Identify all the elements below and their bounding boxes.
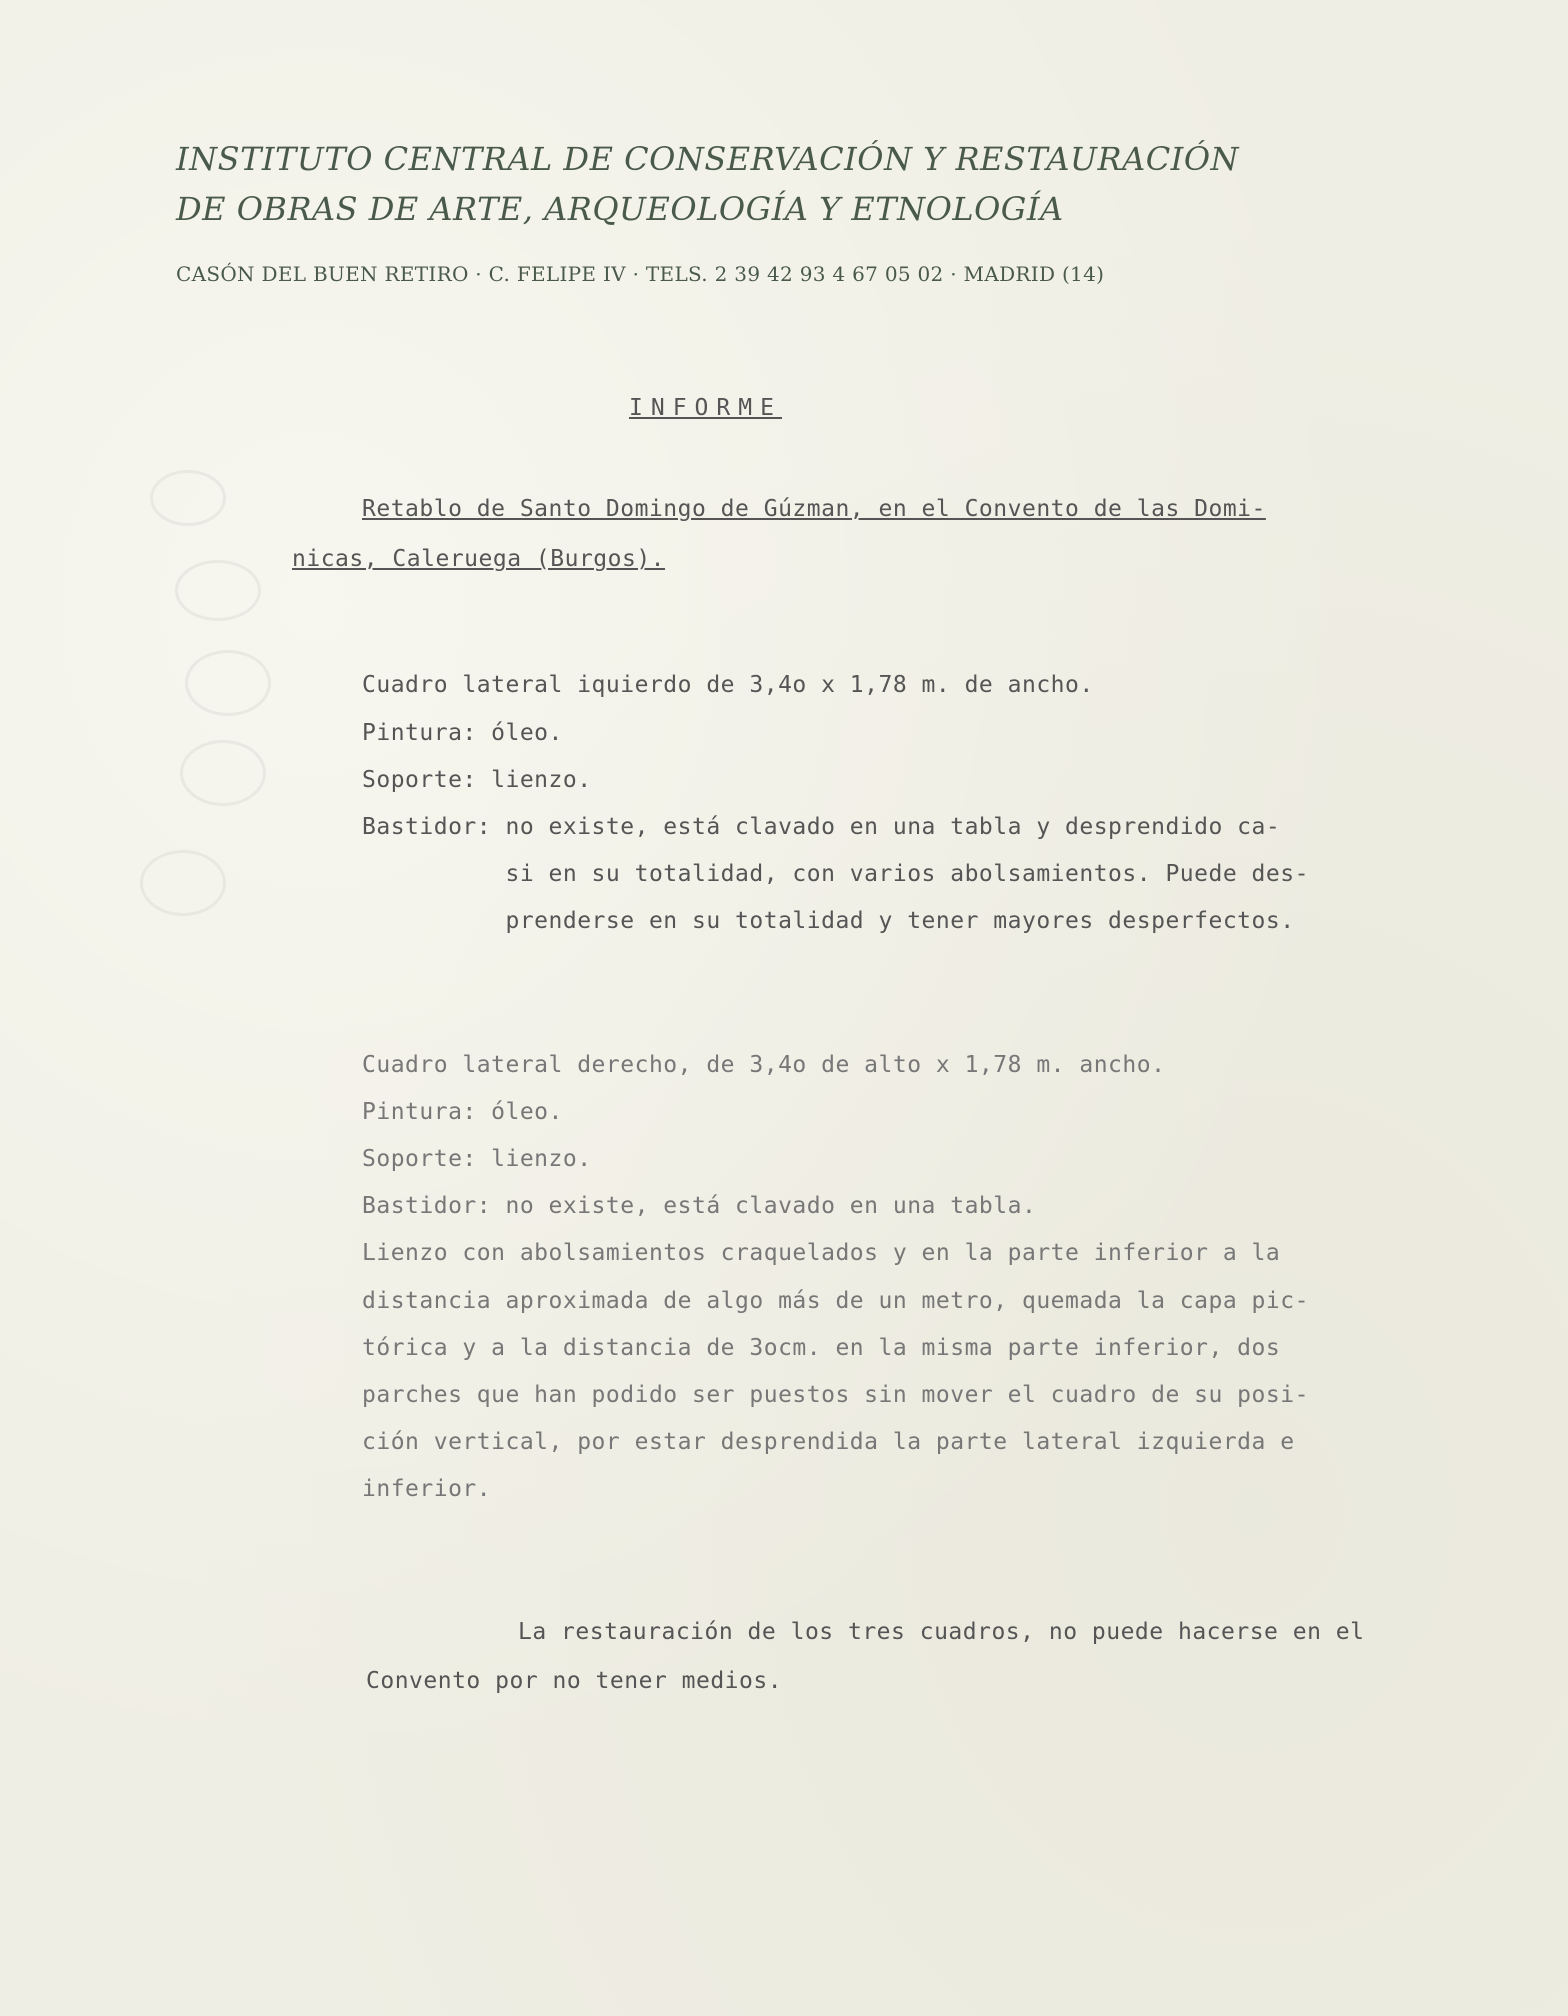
subject-line-2: nicas, Caleruega (Burgos).	[292, 546, 665, 572]
conclusion-line: Convento por no tener medios.	[366, 1668, 782, 1694]
section1-line: Soporte: lienzo.	[362, 767, 592, 793]
section2-line: Soporte: lienzo.	[362, 1146, 592, 1172]
document-page: INSTITUTO CENTRAL DE CONSERVACIÓN Y REST…	[0, 0, 1568, 2016]
letterhead-line-1: INSTITUTO CENTRAL DE CONSERVACIÓN Y REST…	[176, 140, 1239, 178]
section2-line: Pintura: óleo.	[362, 1099, 563, 1125]
section2-line: tórica y a la distancia de 3ocm. en la m…	[362, 1335, 1280, 1361]
section1-line: prenderse en su totalidad y tener mayore…	[362, 908, 1295, 934]
watermark-mark	[175, 560, 261, 621]
section2-line: distancia aproximada de algo más de un m…	[362, 1288, 1309, 1314]
watermark-mark	[180, 740, 266, 806]
section1-line: Pintura: óleo.	[362, 720, 563, 746]
section2-line: Lienzo con abolsamientos craquelados y e…	[362, 1240, 1280, 1266]
section2-line: Bastidor: no existe, está clavado en una…	[362, 1193, 1036, 1219]
section2-line: Cuadro lateral derecho, de 3,4o de alto …	[362, 1052, 1165, 1078]
letterhead-address: CASÓN DEL BUEN RETIRO · C. FELIPE IV · T…	[176, 262, 1104, 286]
section2-line: ción vertical, por estar desprendida la …	[362, 1429, 1295, 1455]
conclusion-line: La restauración de los tres cuadros, no …	[518, 1619, 1364, 1645]
watermark-mark	[185, 650, 271, 716]
section2-line: parches que han podido ser puestos sin m…	[362, 1382, 1309, 1408]
section2-line: inferior.	[362, 1476, 491, 1502]
subject-line-1: Retablo de Santo Domingo de Gúzman, en e…	[362, 496, 1266, 522]
letterhead-line-2: DE OBRAS DE ARTE, ARQUEOLOGÍA Y ETNOLOGÍ…	[176, 190, 1064, 228]
watermark-mark	[150, 470, 226, 526]
section1-line: Cuadro lateral iquierdo de 3,4o x 1,78 m…	[362, 672, 1094, 698]
section1-line: si en su totalidad, con varios abolsamie…	[362, 861, 1309, 887]
section1-line: Bastidor: no existe, está clavado en una…	[362, 814, 1280, 840]
watermark-mark	[140, 850, 226, 916]
document-title: INFORME	[629, 395, 782, 421]
